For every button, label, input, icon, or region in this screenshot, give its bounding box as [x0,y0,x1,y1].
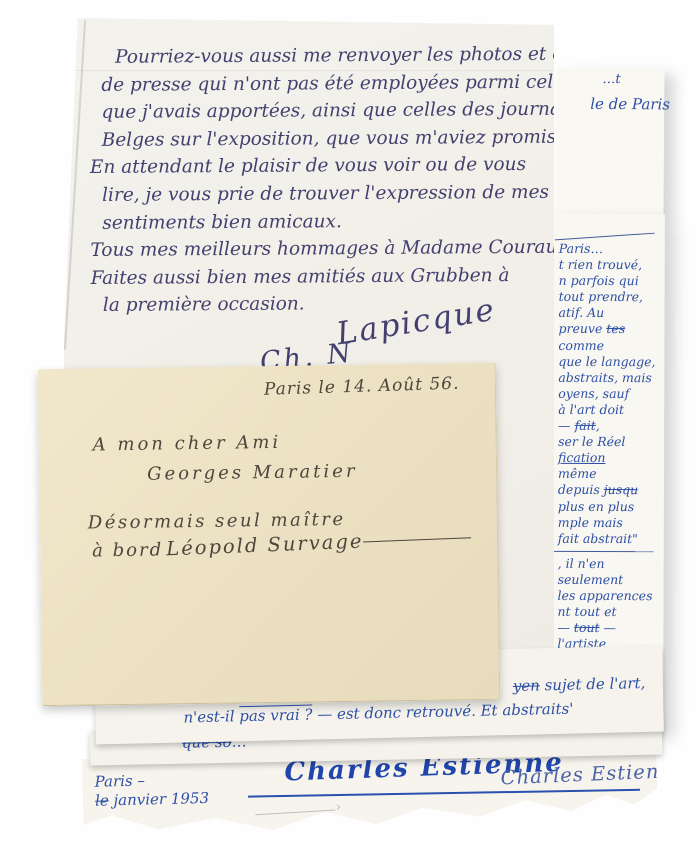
handwriting-fragment: t rien trouvé, [551,257,665,273]
handwriting-fragment: ser le Réel [550,434,664,450]
handwriting-fragment: comme [550,337,664,353]
handwriting-fragment: , il n'en [550,556,664,572]
handwriting-fragment: les apparences [550,588,664,604]
handwriting-fragment: — tout — [549,620,663,636]
handwriting-fragment: plus en plus [550,498,664,514]
handwriting-fragment: seulement [550,572,664,588]
survage-card: Paris le 14. Août 56. A mon cher Ami Geo… [38,363,501,706]
card-message-line: Désormais seul maître [88,509,346,534]
card-date: Paris le 14. Août 56. [264,374,460,400]
handwriting-fragment: tout prendre, [551,289,665,305]
pencil-arrow [255,809,335,815]
date: le janvier 1953 [95,789,209,811]
handwriting-fragment: à l'art doit [550,402,664,418]
handwriting-fragment: yen sujet de l'art, [513,674,646,695]
handwriting-fragment: que le langage, [550,353,664,369]
handwriting-fragment: nt tout et [549,604,663,620]
handwriting-fragment: — fait, [550,418,664,434]
handwriting-fragment: même [550,466,664,482]
card-message-line: à bord [92,539,163,561]
handwriting-fragment: abstraits, mais [550,370,664,386]
handwriting-fragment: le de Paris [556,88,664,113]
handwriting-fragment: oyens, sauf [550,386,664,402]
handwriting-fragment: fait abstrait" [550,530,664,546]
ink-underline [248,789,640,798]
handwriting-fragment: atif. Au [551,305,665,321]
handwriting-fragment: preuve tes [550,321,664,337]
estienne-place-date: Paris – le janvier 1953 [94,770,209,811]
handwriting-fragment: Paris… [551,241,665,257]
handwriting-fragment: …t [556,68,664,89]
signature-flourish [363,537,471,542]
handwriting-fragment: fication [550,450,664,466]
handwriting-fragment: depuis jusqu [550,482,664,498]
background-page-edge-top: …t le de Paris [555,68,664,217]
card-recipient: Georges Maratier [147,461,358,485]
ink-line [555,233,655,241]
handwriting-fragment: mple mais [550,514,664,530]
card-dedication-line: A mon cher Ami [93,432,282,456]
handwriting-line: n'est-il pas vrai ? — est donc retrouvé.… [183,700,573,727]
photo-of-letters: …t le de Paris Paris… t rien trouvé, n p… [0,0,700,841]
ink-line [554,551,654,552]
handwriting-fragment: n parfois qui [551,273,665,289]
